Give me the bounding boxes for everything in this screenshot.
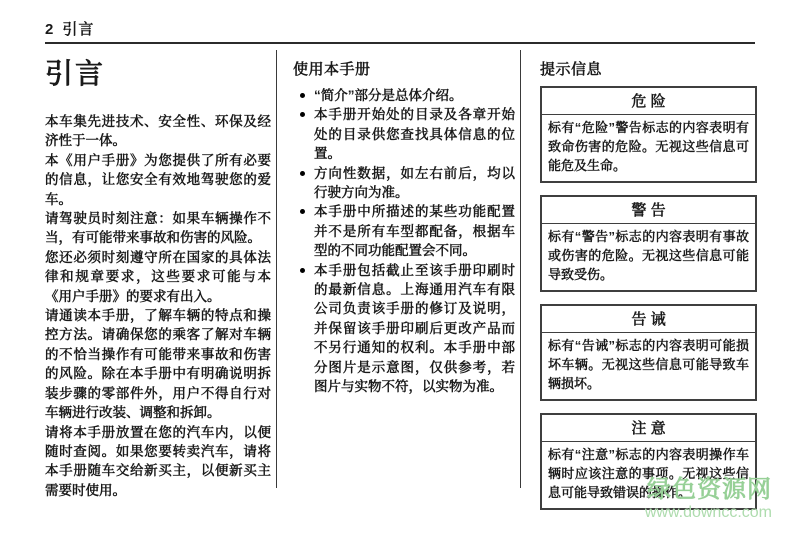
watermark: 绿色资源网 www.downcc.com xyxy=(645,477,772,522)
column-divider-left xyxy=(276,50,277,488)
bullet-icon xyxy=(300,171,305,176)
paragraph: 本《用户手册》为您提供了所有必要的信息，让您安全有效地驾驶您的爱车。 xyxy=(45,151,271,209)
notice-box: 告 诫 标有“告诫”标志的内容表明可能损坏车辆。无视这些信息可能导致车辆损坏。 xyxy=(540,304,757,401)
usage-column: 使用本手册 “简介”部分是总体介绍。 本手册开始处的目录及各章开始处的目录供您查… xyxy=(293,58,515,397)
paragraph: 请将本手册放置在您的汽车内，以便随时查阅。如果您要转卖汽车，请将本手册随车交给新… xyxy=(45,423,271,501)
page-number: 2 xyxy=(45,21,54,38)
bullet-text: 本手册包括截止至该手册印刷时的最新信息。上海通用汽车有限公司负责该手册的修订及说… xyxy=(314,261,515,397)
manual-page: 2引言 引言 本车集先进技术、安全性、环保及经济性于一体。 本《用户手册》为您提… xyxy=(0,0,800,533)
usage-heading: 使用本手册 xyxy=(293,58,515,79)
running-chapter-title: 引言 xyxy=(62,21,94,38)
intro-column: 引言 本车集先进技术、安全性、环保及经济性于一体。 本《用户手册》为您提供了所有… xyxy=(45,52,271,500)
paragraph: 请驾驶员时刻注意：如果车辆操作不当，有可能带来事故和伤害的风险。 xyxy=(45,209,271,248)
bullet-icon xyxy=(300,93,305,98)
bullet-item: 本手册开始处的目录及各章开始处的目录供您查找具体信息的位置。 xyxy=(293,105,515,163)
notice-text: 标有“危险”警告标志的内容表明有致命伤害的危险。无视这些信息可能危及生命。 xyxy=(542,115,755,181)
watermark-site-name: 绿色资源网 xyxy=(645,477,772,502)
bullet-item: 方向性数据，如左右前后，均以行驶方向为准。 xyxy=(293,164,515,203)
notice-title: 危 险 xyxy=(542,88,755,115)
notices-heading: 提示信息 xyxy=(540,58,757,79)
notice-title: 告 诫 xyxy=(542,306,755,333)
notices-column: 提示信息 危 险 标有“危险”警告标志的内容表明有致命伤害的危险。无视这些信息可… xyxy=(540,58,757,522)
notice-text: 标有“告诫”标志的内容表明可能损坏车辆。无视这些信息可能导致车辆损坏。 xyxy=(542,333,755,399)
column-divider-right xyxy=(520,50,521,488)
notice-box: 警 告 标有“警告”标志的内容表明有事故或伤害的危险。无视这些信息可能导致受伤。 xyxy=(540,195,757,292)
bullet-text: 本手册中所描述的某些功能配置并不是所有车型都配备，根据车型的不同功能配置会不同。 xyxy=(314,202,515,260)
notice-title: 注 意 xyxy=(542,415,755,442)
bullet-icon xyxy=(300,112,305,117)
bullet-text: 方向性数据，如左右前后，均以行驶方向为准。 xyxy=(314,164,515,203)
section-title: 引言 xyxy=(45,52,271,92)
notice-text: 标有“警告”标志的内容表明有事故或伤害的危险。无视这些信息可能导致受伤。 xyxy=(542,224,755,290)
bullet-icon xyxy=(300,268,305,273)
bullet-text: 本手册开始处的目录及各章开始处的目录供您查找具体信息的位置。 xyxy=(314,105,515,163)
header-rule xyxy=(45,42,755,44)
notice-title: 警 告 xyxy=(542,197,755,224)
paragraph: 本车集先进技术、安全性、环保及经济性于一体。 xyxy=(45,112,271,151)
bullet-text: “简介”部分是总体介绍。 xyxy=(314,86,515,105)
notice-box-list: 危 险 标有“危险”警告标志的内容表明有致命伤害的危险。无视这些信息可能危及生命… xyxy=(540,86,757,510)
bullet-icon xyxy=(300,209,305,214)
bullet-item: 本手册中所描述的某些功能配置并不是所有车型都配备，根据车型的不同功能配置会不同。 xyxy=(293,202,515,260)
usage-bullet-list: “简介”部分是总体介绍。 本手册开始处的目录及各章开始处的目录供您查找具体信息的… xyxy=(293,86,515,397)
bullet-item: “简介”部分是总体介绍。 xyxy=(293,86,515,105)
paragraph: 请通读本手册，了解车辆的特点和操控方法。请确保您的乘客了解对车辆的不恰当操作有可… xyxy=(45,306,271,422)
watermark-site-url: www.downcc.com xyxy=(645,505,772,522)
running-header: 2引言 xyxy=(45,18,94,39)
paragraph: 您还必须时刻遵守所在国家的具体法律和规章要求，这些要求可能与本《用户手册》的要求… xyxy=(45,248,271,306)
notice-box: 危 险 标有“危险”警告标志的内容表明有致命伤害的危险。无视这些信息可能危及生命… xyxy=(540,86,757,183)
bullet-item: 本手册包括截止至该手册印刷时的最新信息。上海通用汽车有限公司负责该手册的修订及说… xyxy=(293,261,515,397)
intro-paragraphs: 本车集先进技术、安全性、环保及经济性于一体。 本《用户手册》为您提供了所有必要的… xyxy=(45,112,271,500)
